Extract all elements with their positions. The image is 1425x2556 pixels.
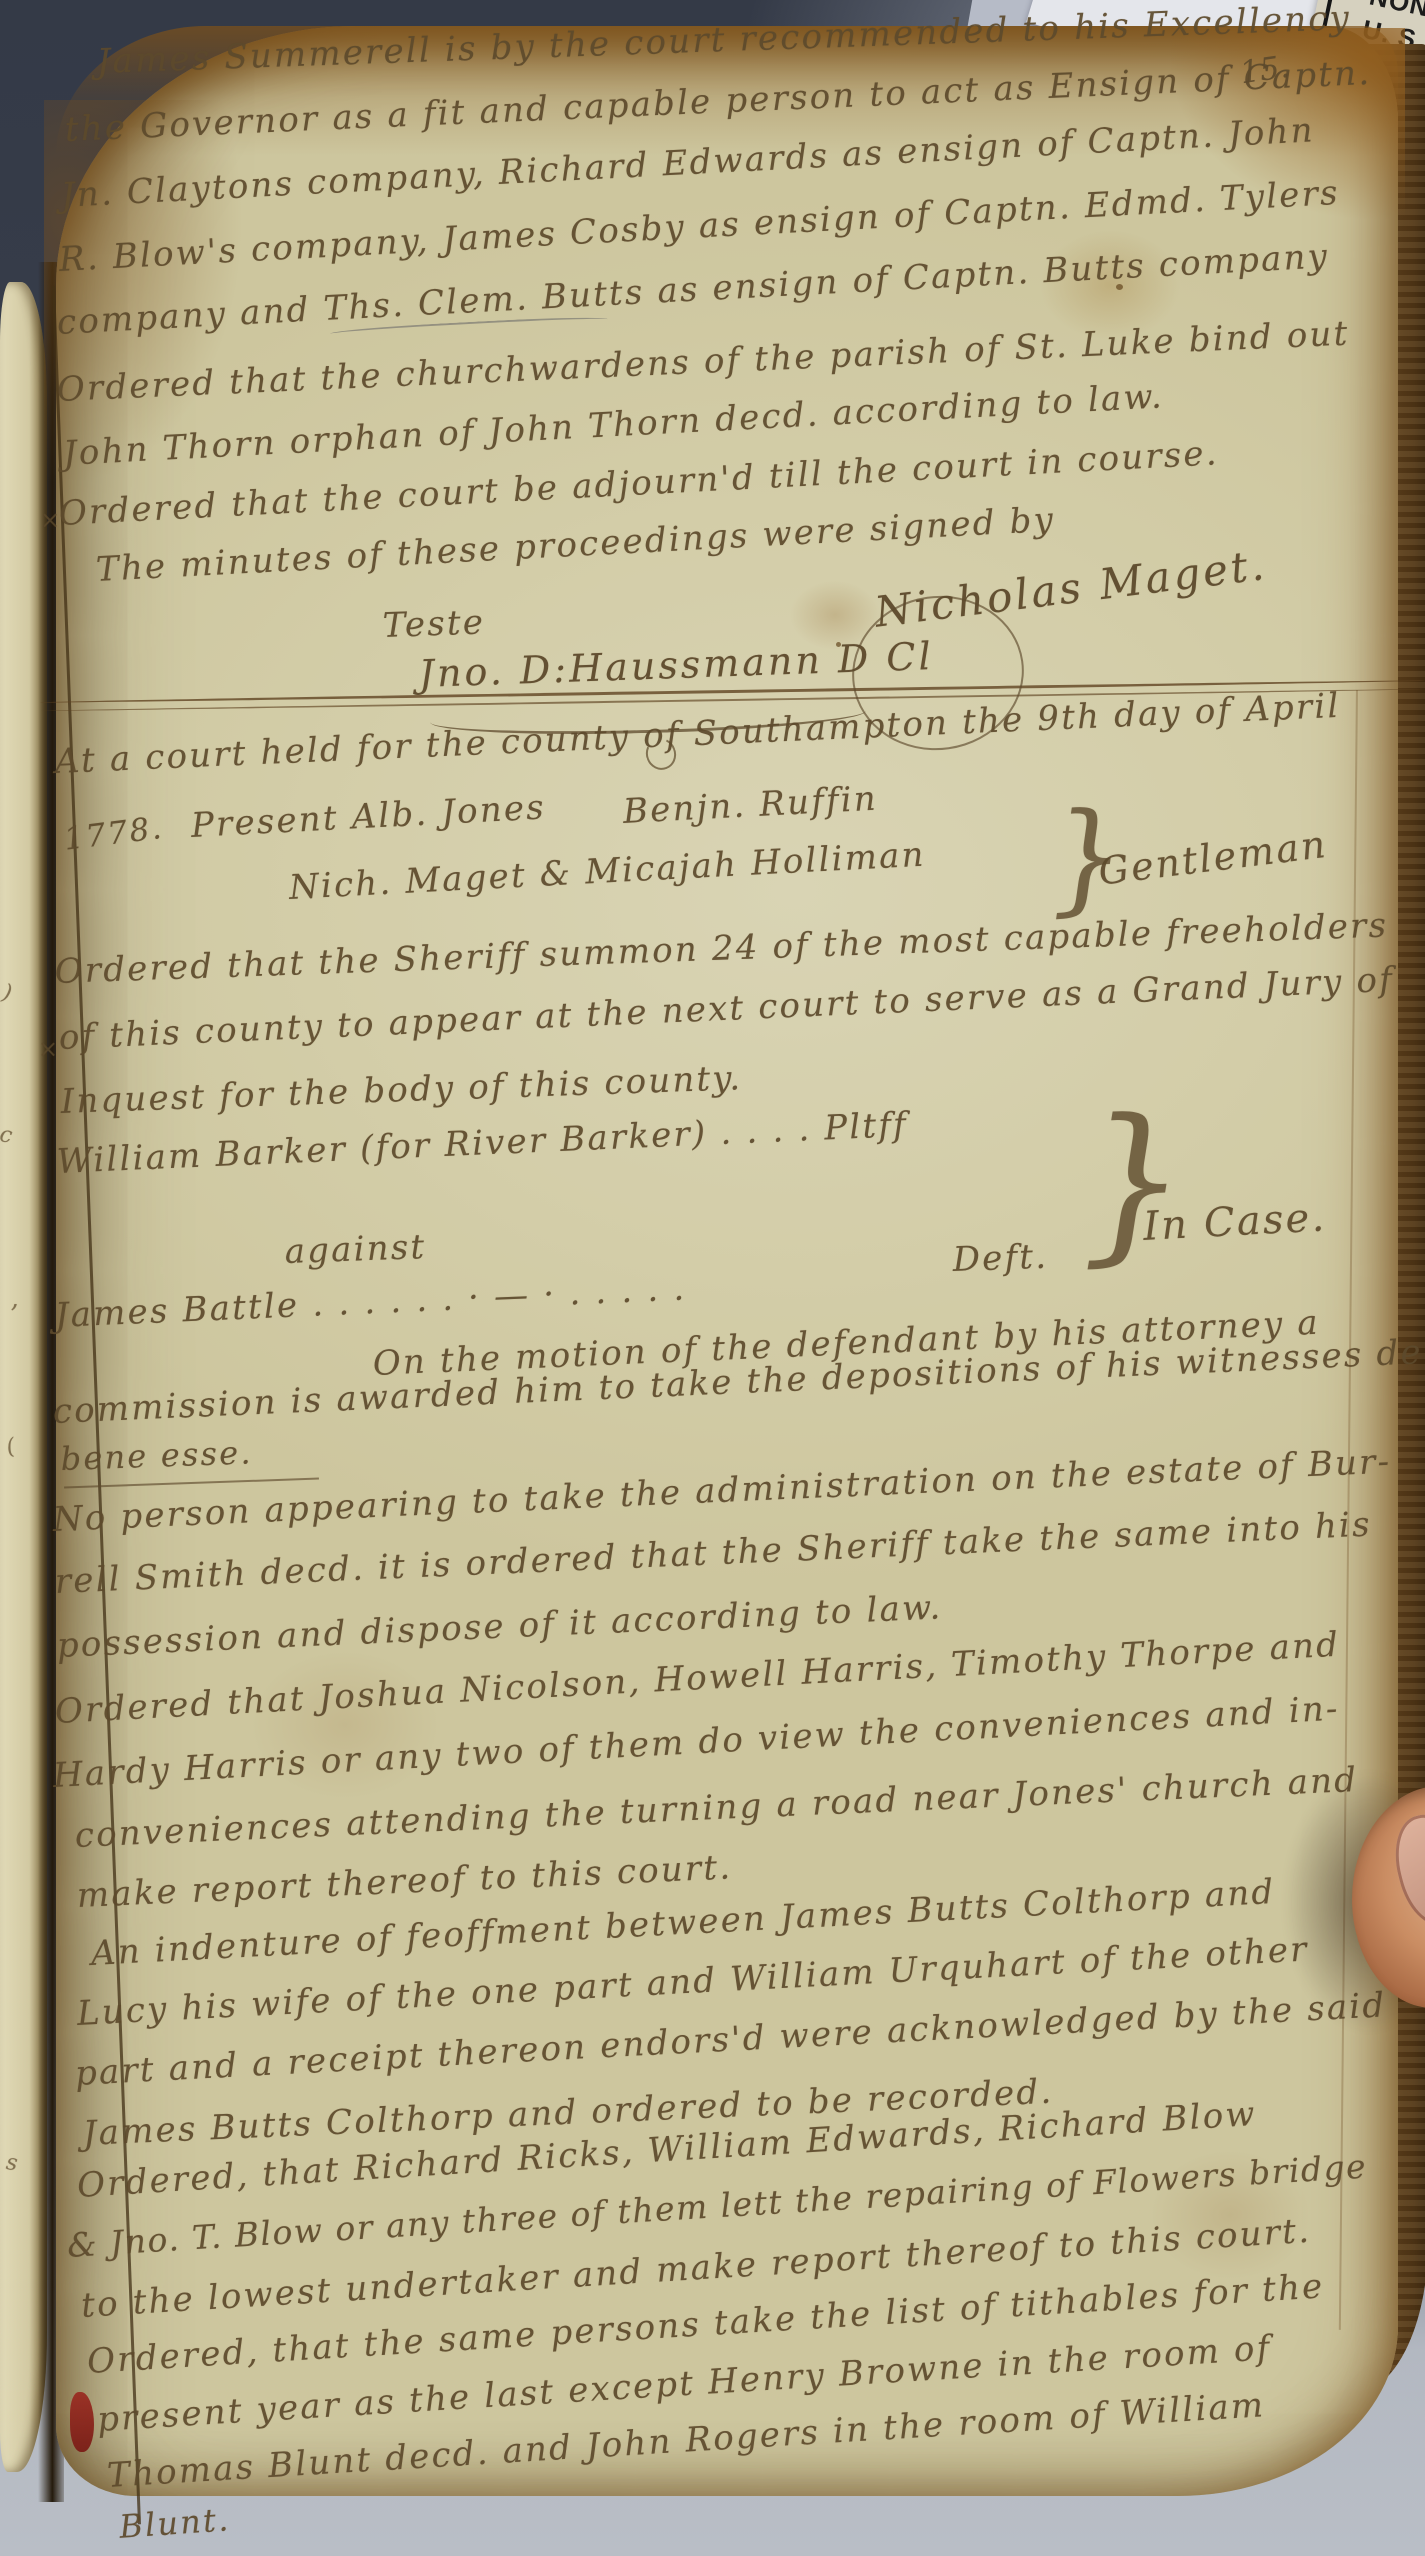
- opposite-page-writing-fragment-4: (: [4, 1434, 20, 1461]
- line-17: Inquest for the body of this county.: [60, 1058, 743, 1122]
- opposite-page-writing-fragment-5: s: [5, 2150, 22, 2177]
- line-14: Nich. Maget & Micajah Holliman: [288, 835, 927, 908]
- line-19-deft: Deft.: [952, 1237, 1049, 1280]
- opposite-page-writing-fragment-2: c: [0, 1122, 16, 1149]
- line-18-incase: In Case.: [1142, 1194, 1327, 1250]
- line-23: bene esse.: [60, 1433, 253, 1478]
- maget-signature: Nicholas Maget.: [872, 540, 1269, 637]
- page-number: 15.: [1238, 49, 1292, 92]
- opposite-page-writing-fragment-1: ): [0, 980, 16, 1007]
- line-19-against: against: [284, 1227, 427, 1272]
- line-10-teste: Teste: [382, 602, 486, 646]
- line-12: At a court held for the county of Southa…: [54, 686, 1341, 782]
- opposite-page-writing-fragment-3: ’: [10, 1300, 20, 1330]
- line-13-ruffin: Benjn. Ruffin: [622, 779, 879, 832]
- photographed-manuscript-page: NON-P U. S. 15. James Summerell is by th…: [0, 0, 1425, 2556]
- margin-mark-2: ×: [38, 1035, 60, 1063]
- margin-mark-1: ×: [40, 506, 62, 534]
- handwriting-layer: James Summerell is by the court recommen…: [0, 0, 1425, 2556]
- line-41: Blunt.: [118, 2500, 232, 2546]
- haussmann-signature: Jno. D:Haussmann D Cl: [418, 634, 934, 696]
- line-20: James Battle . . . . . . · — · . . . . .: [54, 1268, 687, 1336]
- line-13-present: Present Alb. Jones: [190, 787, 547, 846]
- line-14-gentleman: Gentleman: [1096, 822, 1330, 894]
- line-13-year: 1778.: [62, 810, 165, 858]
